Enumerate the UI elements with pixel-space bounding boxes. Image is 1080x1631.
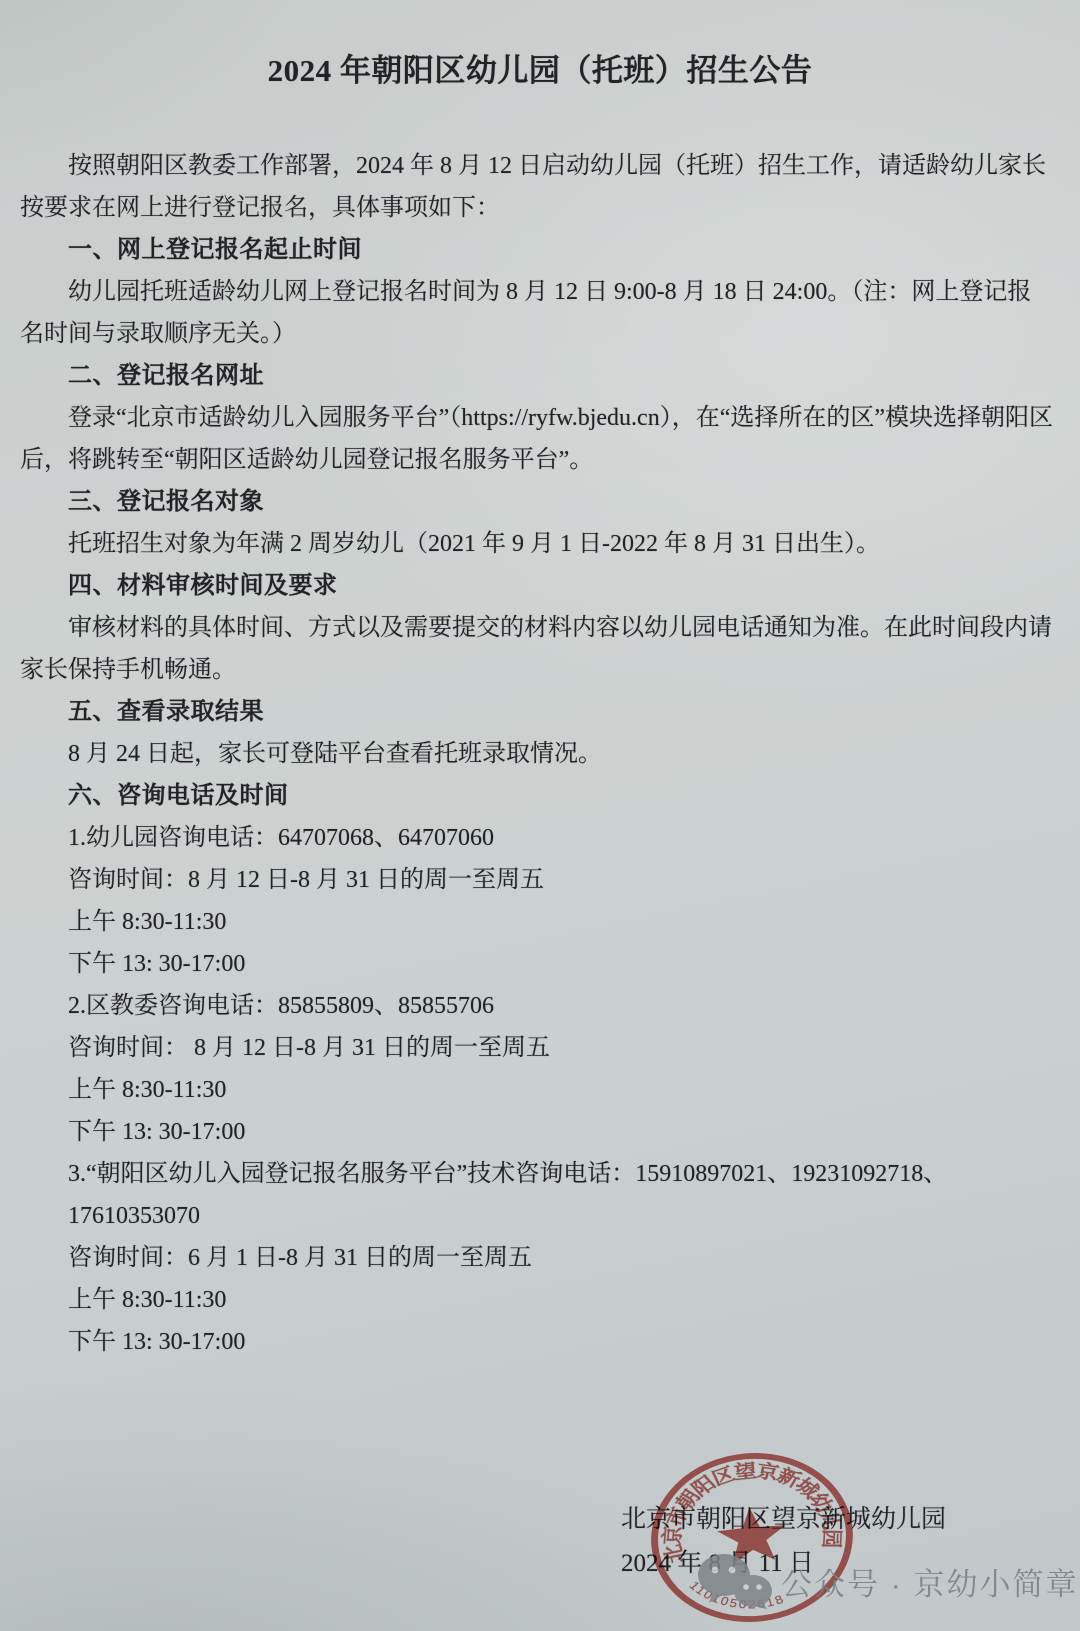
announcement-document: 2024 年朝阳区幼儿园（托班）招生公告 按照朝阳区教委工作部署，2024 年 … [0, 0, 1080, 1631]
document-body: 按照朝阳区教委工作部署，2024 年 8 月 12 日启动幼儿园（托班）招生工作… [0, 145, 1080, 1363]
section-4-paragraph: 审核材料的具体时间、方式以及需要提交的材料内容以幼儿园电话通知为准。在此时间段内… [20, 607, 1054, 691]
watermark: 公众号 · 京幼小简章 [697, 1553, 1079, 1609]
section-4-heading: 四、材料审核时间及要求 [20, 565, 1054, 607]
page-title: 2024 年朝阳区幼儿园（托班）招生公告 [0, 0, 1080, 93]
morning-hours-line: 上午 8:30-11:30 [20, 1069, 1054, 1111]
section-1-heading: 一、网上登记报名起止时间 [20, 229, 1054, 271]
section-2-heading: 二、登记报名网址 [20, 355, 1054, 397]
morning-hours-line: 上午 8:30-11:30 [20, 1279, 1054, 1321]
section-1-paragraph: 幼儿园托班适龄幼儿网上登记报名时间为 8 月 12 日 9:00-8 月 18 … [20, 271, 1054, 355]
platform-phone-continued: 17610353070 [20, 1195, 1054, 1237]
intro-paragraph: 按照朝阳区教委工作部署，2024 年 8 月 12 日启动幼儿园（托班）招生工作… [20, 145, 1054, 229]
section-3-heading: 三、登记报名对象 [20, 481, 1054, 523]
afternoon-hours-line: 下午 13: 30-17:00 [20, 943, 1054, 985]
morning-hours-line: 上午 8:30-11:30 [20, 901, 1054, 943]
consult-time-line: 咨询时间：6 月 1 日-8 月 31 日的周一至周五 [20, 1237, 1054, 1279]
section-3-paragraph: 托班招生对象为年满 2 周岁幼儿（2021 年 9 月 1 日-2022 年 8… [20, 523, 1054, 565]
section-5-paragraph: 8 月 24 日起，家长可登陆平台查看托班录取情况。 [20, 733, 1054, 775]
district-phone-line: 2.区教委咨询电话：85855809、85855706 [20, 985, 1054, 1027]
afternoon-hours-line: 下午 13: 30-17:00 [20, 1321, 1054, 1363]
consult-time-line: 咨询时间： 8 月 12 日-8 月 31 日的周一至周五 [20, 1027, 1054, 1069]
consult-time-line: 咨询时间：8 月 12 日-8 月 31 日的周一至周五 [20, 859, 1054, 901]
section-6-heading: 六、咨询电话及时间 [20, 775, 1054, 817]
section-5-heading: 五、查看录取结果 [20, 691, 1054, 733]
wechat-icon [697, 1553, 773, 1609]
section-2-paragraph: 登录“北京市适龄幼儿入园服务平台”（https://ryfw.bjedu.cn）… [20, 397, 1054, 481]
platform-phone-line: 3.“朝阳区幼儿入园登记报名服务平台”技术咨询电话：15910897021、19… [20, 1153, 1054, 1195]
kindergarten-phone-line: 1.幼儿园咨询电话：64707068、64707060 [20, 817, 1054, 859]
afternoon-hours-line: 下午 13: 30-17:00 [20, 1111, 1054, 1153]
watermark-label: 公众号 · 京幼小简章 [781, 1559, 1079, 1604]
